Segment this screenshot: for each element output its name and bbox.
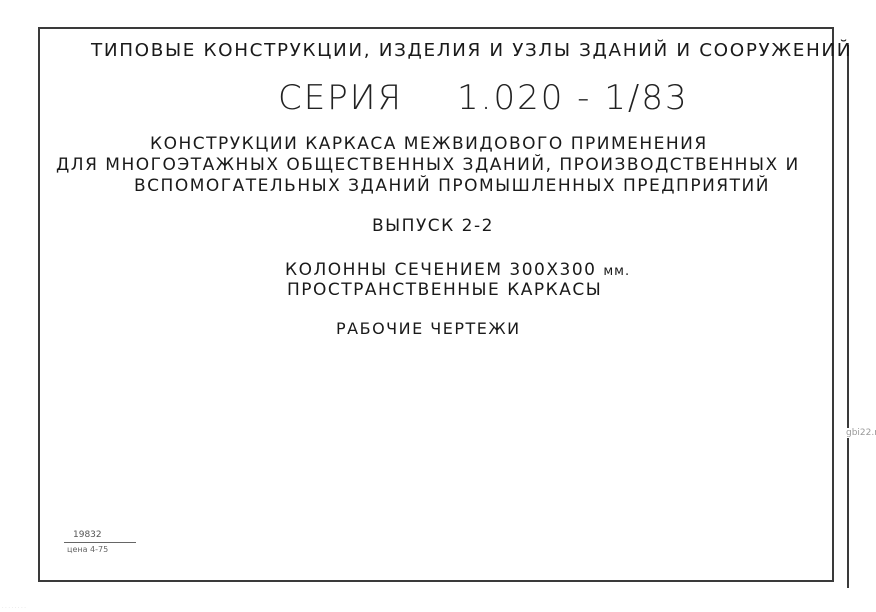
stamp-divider [64,542,136,543]
stamp-code: 19832 [73,530,102,540]
columns-unit: мм. [603,264,630,279]
series-title: СЕРИЯ1.020 - 1/83 [278,78,689,118]
document-type: РАБОЧИЕ ЧЕРТЕЖИ [336,319,521,338]
stamp-price: цена 4-75 [67,545,108,554]
watermark-text: gbi22.ru [845,428,876,438]
columns-title-line-2: ПРОСТРАНСТВЕННЫЕ КАРКАСЫ [287,280,602,300]
catalog-header: ТИПОВЫЕ КОНСТРУКЦИИ, ИЗДЕЛИЯ И УЗЛЫ ЗДАН… [91,40,852,61]
footer-mark: · · · · · · · · [2,605,26,611]
description-line-3: ВСПОМОГАТЕЛЬНЫХ ЗДАНИЙ ПРОМЫШЛЕННЫХ ПРЕД… [134,176,770,196]
issue-number: ВЫПУСК 2-2 [372,216,494,236]
series-label: СЕРИЯ [278,78,403,118]
binding-margin-line [847,45,849,588]
series-number: 1.020 - 1/83 [457,78,689,118]
description-line-1: КОНСТРУКЦИИ КАРКАСА МЕЖВИДОВОГО ПРИМЕНЕН… [150,134,708,154]
columns-title-line-1: КОЛОННЫ СЕЧЕНИЕМ 300Х300 мм. [285,260,630,280]
columns-section-text: КОЛОННЫ СЕЧЕНИЕМ 300Х300 [285,260,596,280]
description-line-2: ДЛЯ МНОГОЭТАЖНЫХ ОБЩЕСТВЕННЫХ ЗДАНИЙ, ПР… [56,155,800,175]
